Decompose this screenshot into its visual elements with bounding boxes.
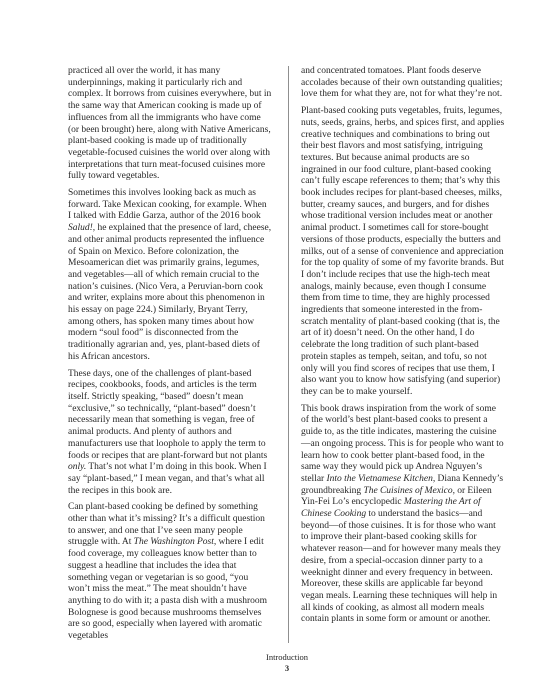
text-run: practiced all over the world, it has man…	[68, 66, 271, 181]
paragraph: Sometimes this involves looking back as …	[68, 188, 272, 364]
footer-page-number: 3	[68, 663, 506, 673]
italic-text-run: The Cuisines of Mexico,	[363, 486, 455, 496]
paragraph: practiced all over the world, it has man…	[68, 66, 272, 183]
text-run: , where I edit food coverage, my colleag…	[68, 537, 267, 641]
italic-text-run: only.	[68, 462, 86, 472]
paragraph: and concentrated tomatoes. Plant foods d…	[301, 66, 505, 101]
footer-section-title: Introduction	[68, 652, 506, 663]
text-run: he explained that the presence of lard, …	[68, 223, 271, 362]
italic-text-run: The Washington Post	[134, 537, 214, 547]
text-run: Plant-based cooking puts vegetables, fru…	[301, 106, 504, 397]
italic-text-run: Salud!,	[68, 223, 95, 233]
text-run: to understand the basics—and beyond—of t…	[301, 509, 501, 624]
paragraph: This book draws inspiration from the wor…	[301, 404, 505, 626]
paragraph: Can plant-based cooking be defined by so…	[68, 502, 272, 642]
column-divider-rule	[288, 66, 289, 643]
two-column-text-block: practiced all over the world, it has man…	[68, 66, 506, 643]
text-run: and concentrated tomatoes. Plant foods d…	[301, 66, 502, 99]
left-column: practiced all over the world, it has man…	[68, 66, 272, 643]
text-run: That’s not what I’m doing in this book. …	[68, 462, 267, 495]
text-run: These days, one of the challenges of pla…	[68, 369, 267, 461]
text-run: Sometimes this involves looking back as …	[68, 188, 267, 221]
italic-text-run: Into the Vietnamese Kitchen,	[327, 474, 436, 484]
book-page: practiced all over the world, it has man…	[0, 0, 560, 700]
page-footer: Introduction 3	[68, 652, 506, 673]
paragraph: These days, one of the challenges of pla…	[68, 369, 272, 498]
right-column: and concentrated tomatoes. Plant foods d…	[301, 66, 505, 643]
text-run: This book draws inspiration from the wor…	[301, 404, 504, 484]
paragraph: Plant-based cooking puts vegetables, fru…	[301, 106, 505, 399]
